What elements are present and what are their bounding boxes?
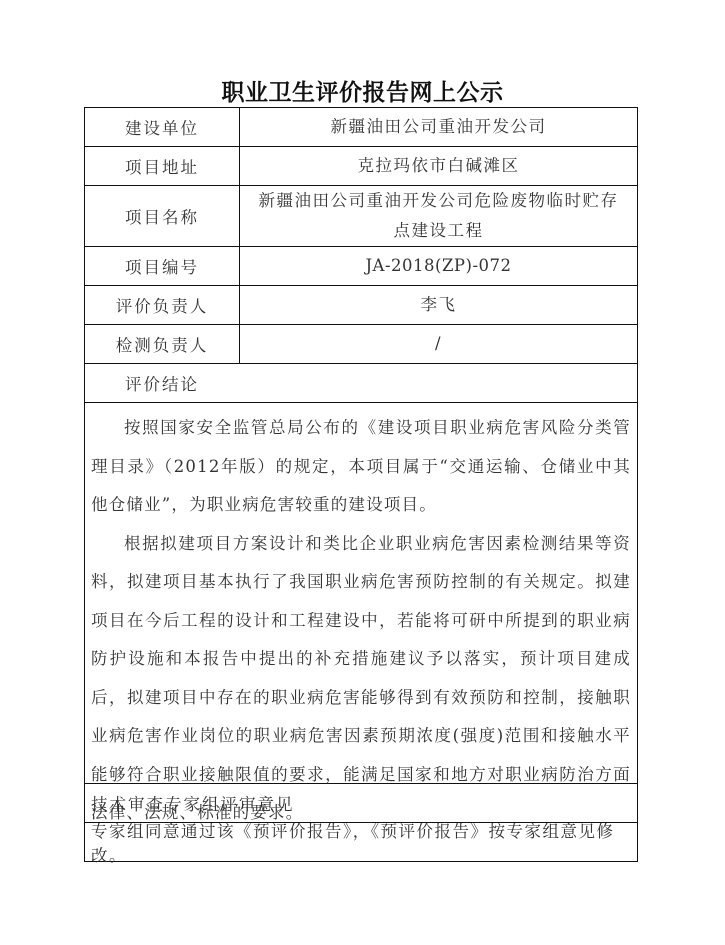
row-label: 建设单位 bbox=[85, 108, 240, 146]
conclusion-heading-row: 评价结论 bbox=[85, 364, 637, 403]
conclusion-heading: 评价结论 bbox=[85, 364, 637, 402]
table-row: 项目地址 克拉玛依市白碱滩区 bbox=[85, 147, 637, 186]
row-label: 项目地址 bbox=[85, 147, 240, 185]
row-value: 新疆油田公司重油开发公司危险废物临时贮存点建设工程 bbox=[240, 186, 637, 246]
info-table: 建设单位 新疆油田公司重油开发公司 项目地址 克拉玛依市白碱滩区 项目名称 新疆… bbox=[84, 107, 638, 862]
conclusion-body-row: 按照国家安全监管总局公布的《建设项目职业病危害风险分类管理目录》（2012年版）… bbox=[85, 403, 637, 784]
table-row: 项目名称 新疆油田公司重油开发公司危险废物临时贮存点建设工程 bbox=[85, 186, 637, 247]
conclusion-paragraph: 按照国家安全监管总局公布的《建设项目职业病危害风险分类管理目录》（2012年版）… bbox=[91, 409, 631, 525]
row-label: 项目名称 bbox=[85, 186, 240, 246]
page-title: 职业卫生评价报告网上公示 bbox=[0, 79, 725, 107]
row-label: 检测负责人 bbox=[85, 325, 240, 363]
row-label: 项目编号 bbox=[85, 247, 240, 285]
row-value: 克拉玛依市白碱滩区 bbox=[240, 147, 637, 185]
review-opinion: 专家组同意通过该《预评价报告》，《预评价报告》按专家组意见修改。 bbox=[85, 823, 637, 861]
review-heading: 技术审查专家组评审意见 bbox=[85, 784, 637, 822]
conclusion-body: 按照国家安全监管总局公布的《建设项目职业病危害风险分类管理目录》（2012年版）… bbox=[85, 403, 637, 783]
row-value: / bbox=[240, 325, 637, 363]
row-value: JA-2018(ZP)-072 bbox=[240, 247, 637, 285]
table-row: 建设单位 新疆油田公司重油开发公司 bbox=[85, 108, 637, 147]
row-value: 新疆油田公司重油开发公司 bbox=[240, 108, 637, 146]
row-value: 李飞 bbox=[240, 286, 637, 324]
table-row: 项目编号 JA-2018(ZP)-072 bbox=[85, 247, 637, 286]
table-row: 评价负责人 李飞 bbox=[85, 286, 637, 325]
review-opinion-row: 专家组同意通过该《预评价报告》，《预评价报告》按专家组意见修改。 bbox=[85, 823, 637, 861]
table-row: 检测负责人 / bbox=[85, 325, 637, 364]
row-label: 评价负责人 bbox=[85, 286, 240, 324]
